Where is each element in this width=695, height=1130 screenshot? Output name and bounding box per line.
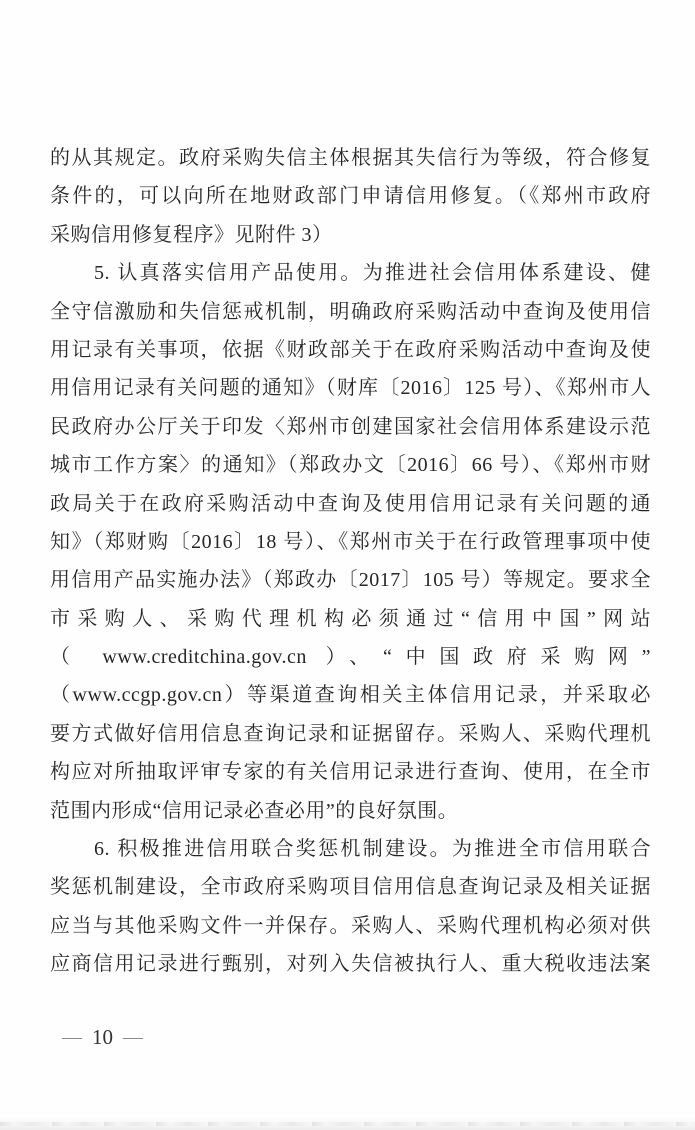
text-line: 采购信用修复程序》见附件 3）	[50, 216, 651, 254]
text-line: 构应对所抽取评审专家的有关信用记录进行查询、使用，在全市	[50, 753, 651, 791]
text-line: 用信用记录有关问题的通知》（财库〔2016〕125 号）、《郑州市人	[50, 369, 651, 407]
footer-dash-right: —	[123, 1026, 143, 1049]
page-footer: — 10 —	[62, 1022, 143, 1052]
text-line: 应当与其他采购文件一并保存。采购人、采购代理机构必须对供	[50, 907, 651, 945]
text-line: 的从其规定。政府采购失信主体根据其失信行为等级，符合修复	[50, 139, 651, 177]
text-line: 应商信用记录进行甄别，对列入失信被执行人、重大税收违法案	[50, 945, 651, 983]
text-line: 城市工作方案〉的通知》（郑政办文〔2016〕66 号）、《郑州市财	[50, 446, 651, 484]
text-line: 市采购人、采购代理机构必须通过“信用中国”网站	[50, 600, 651, 638]
text-line: 用记录有关事项，依据《财政部关于在政府采购活动中查询及使	[50, 331, 651, 369]
text-line: 要方式做好信用信息查询记录和证据留存。采购人、采购代理机	[50, 715, 651, 753]
paragraph-continuation: 的从其规定。政府采购失信主体根据其失信行为等级，符合修复 条件的，可以向所在地财…	[50, 139, 651, 254]
text-line: 5. 认真落实信用产品使用。为推进社会信用体系建设、健	[50, 254, 651, 292]
text-line: 用信用产品实施办法》（郑政办〔2017〕105 号）等规定。要求全	[50, 561, 651, 599]
text-line: 政局关于在政府采购活动中查询及使用信用记录有关问题的通	[50, 485, 651, 523]
paragraph-item-5: 5. 认真落实信用产品使用。为推进社会信用体系建设、健 全守信激励和失信惩戒机制…	[50, 254, 651, 830]
footer-dash-left: —	[62, 1026, 82, 1049]
scan-bottom-edge-noise	[0, 1122, 695, 1126]
text-line-url: （ www.creditchina.gov.cn ）、“中国政府采购网”	[50, 638, 651, 676]
text-line: 6. 积极推进信用联合奖惩机制建设。为推进全市信用联合	[50, 830, 651, 868]
body-text: 的从其规定。政府采购失信主体根据其失信行为等级，符合修复 条件的，可以向所在地财…	[50, 139, 651, 984]
page-number: 10	[92, 1025, 113, 1050]
text-line: 知》（郑财购〔2016〕18 号）、《郑州市关于在行政管理事项中使	[50, 523, 651, 561]
text-line: 条件的，可以向所在地财政部门申请信用修复。（《郑州市政府	[50, 177, 651, 215]
text-line: 范围内形成“信用记录必查必用”的良好氛围。	[50, 792, 651, 830]
text-line: 奖惩机制建设，全市政府采购项目信用信息查询记录及相关证据	[50, 868, 651, 906]
text-line-url: （www.ccgp.gov.cn）等渠道查询相关主体信用记录，并采取必	[50, 676, 651, 714]
text-line: 全守信激励和失信惩戒机制，明确政府采购活动中查询及使用信	[50, 293, 651, 331]
text-line: 民政府办公厅关于印发〈郑州市创建国家社会信用体系建设示范	[50, 408, 651, 446]
scanned-document-page: 的从其规定。政府采购失信主体根据其失信行为等级，符合修复 条件的，可以向所在地财…	[0, 0, 695, 1130]
paragraph-item-6: 6. 积极推进信用联合奖惩机制建设。为推进全市信用联合 奖惩机制建设，全市政府采…	[50, 830, 651, 984]
